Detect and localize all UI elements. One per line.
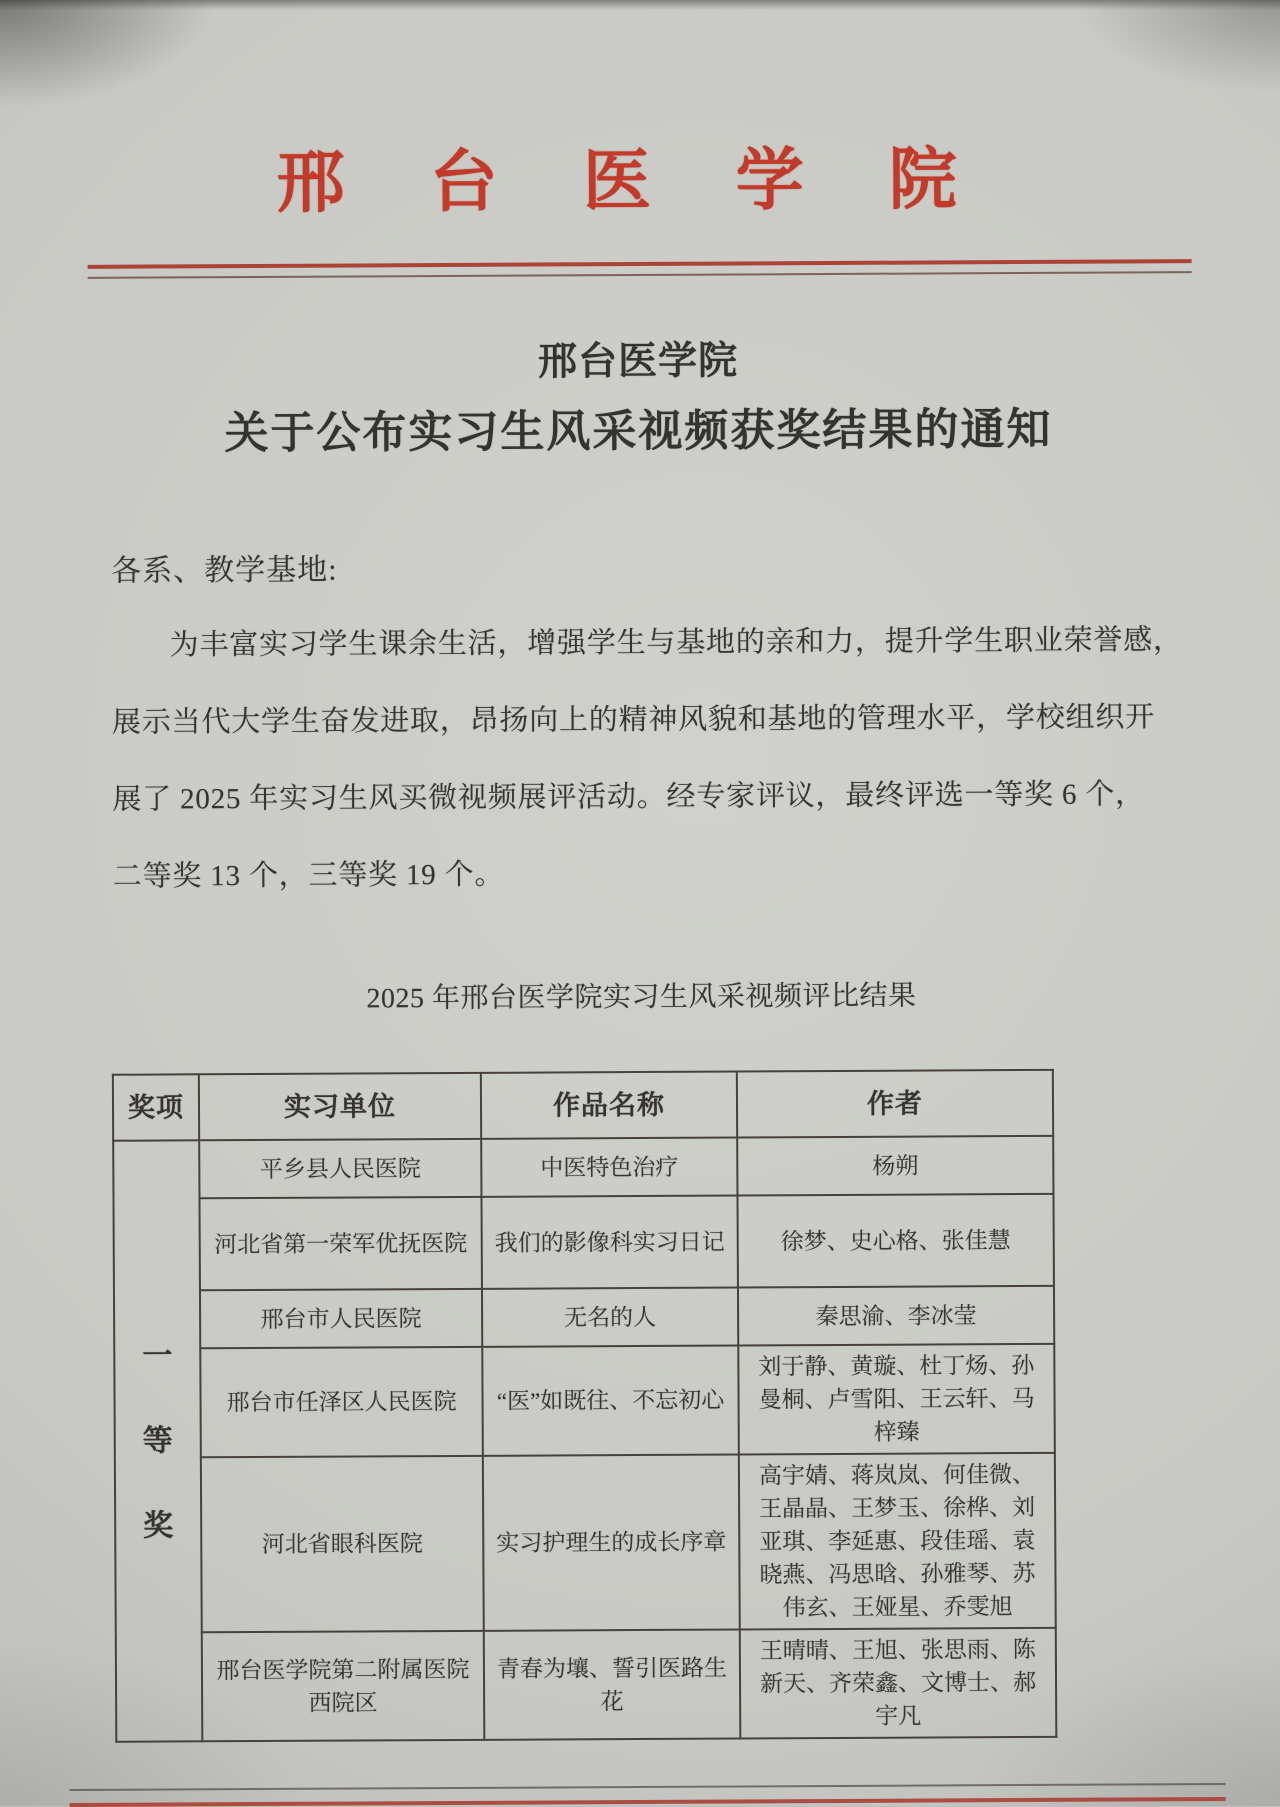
cell-work: 中医特色治疗 bbox=[481, 1137, 737, 1196]
cell-unit: 邢台市人民医院 bbox=[200, 1289, 482, 1348]
footer-divider-red-line bbox=[70, 1797, 1226, 1806]
paragraph-line: 二等奖 13 个，三等奖 19 个。 bbox=[113, 834, 1118, 916]
column-header-authors: 作者 bbox=[737, 1070, 1053, 1138]
paragraph-line: 为丰富实习学生课余生活，增强学生与基地的亲和力，提升学生职业荣誉感， bbox=[111, 603, 1116, 685]
awards-results-table: 奖项 实习单位 作品名称 作者 一 等 奖 平乡县人民医院 中医特色治疗 杨朔 bbox=[112, 1069, 1057, 1743]
cell-work: 青春为壤、誓引医路生花 bbox=[484, 1629, 741, 1739]
results-table-caption: 2025 年邢台医学院实习生风采视频评比结果 bbox=[1, 972, 1280, 1019]
document-content: 邢台医学院 邢台医学院 关于公布实习生风采视频获奖结果的通知 各系、教学基地: … bbox=[0, 0, 1280, 1806]
letterhead-divider-thin-line bbox=[88, 271, 1192, 279]
notice-title-line1: 邢台医学院 bbox=[0, 327, 1278, 390]
cell-authors: 秦思渝、李冰莹 bbox=[738, 1286, 1054, 1346]
table-row: 邢台市人民医院 无名的人 秦思渝、李冰莹 bbox=[114, 1286, 1054, 1349]
cell-unit: 邢台医学院第二附属医院西院区 bbox=[202, 1631, 485, 1741]
notice-title-line2: 关于公布实习生风采视频获奖结果的通知 bbox=[0, 392, 1279, 463]
footer-divider-thin-line bbox=[70, 1783, 1226, 1791]
paragraph-line: 展示当代大学生奋发进取，昂扬向上的精神风貌和基地的管理水平，学校组织开 bbox=[112, 680, 1117, 762]
table-row: 河北省第一荣军优抚医院 我们的影像科实习日记 徐梦、史心格、张佳慧 bbox=[113, 1194, 1053, 1291]
cell-work: 实习护理生的成长序章 bbox=[483, 1454, 740, 1630]
cell-unit: 河北省眼科医院 bbox=[201, 1456, 484, 1632]
salutation: 各系、教学基地: bbox=[111, 540, 1279, 590]
award-char: 奖 bbox=[143, 1509, 173, 1542]
award-group-vertical-label: 一 等 奖 bbox=[115, 1339, 200, 1542]
scanned-document-sheet: 邢台医学院 邢台医学院 关于公布实习生风采视频获奖结果的通知 各系、教学基地: … bbox=[0, 0, 1280, 1806]
cell-authors: 杨朔 bbox=[737, 1136, 1053, 1196]
cell-unit: 河北省第一荣军优抚医院 bbox=[199, 1197, 481, 1290]
cell-work: “医”如既往、不忘初心 bbox=[482, 1345, 739, 1455]
cell-authors: 徐梦、史心格、张佳慧 bbox=[737, 1194, 1053, 1288]
column-header-work: 作品名称 bbox=[481, 1071, 737, 1138]
cell-authors: 王晴晴、王旭、张思雨、陈新天、齐荣鑫、文博士、郝宇凡 bbox=[740, 1628, 1057, 1739]
award-char: 等 bbox=[143, 1424, 173, 1457]
cell-authors: 高宇婧、蒋岚岚、何佳微、王晶晶、王梦玉、徐桦、刘亚琪、李延惠、段佳瑶、袁晓燕、冯… bbox=[739, 1453, 1056, 1630]
table-header-row: 奖项 实习单位 作品名称 作者 bbox=[113, 1070, 1053, 1141]
table-row: 一 等 奖 平乡县人民医院 中医特色治疗 杨朔 bbox=[113, 1136, 1053, 1199]
table-row: 河北省眼科医院 实习护理生的成长序章 高宇婧、蒋岚岚、何佳微、王晶晶、王梦玉、徐… bbox=[115, 1453, 1056, 1633]
cell-authors: 刘于静、黄璇、杜丁炀、孙曼桐、卢雪阳、王云轩、马梓臻 bbox=[738, 1344, 1055, 1455]
table-row: 邢台市任泽区人民医院 “医”如既往、不忘初心 刘于静、黄璇、杜丁炀、孙曼桐、卢雪… bbox=[114, 1344, 1055, 1458]
cell-work: 无名的人 bbox=[482, 1287, 738, 1346]
column-header-award: 奖项 bbox=[113, 1074, 199, 1140]
cell-unit: 邢台市任泽区人民医院 bbox=[200, 1347, 483, 1457]
table-row: 邢台医学院第二附属医院西院区 青春为壤、誓引医路生花 王晴晴、王旭、张思雨、陈新… bbox=[116, 1628, 1057, 1742]
cell-work: 我们的影像科实习日记 bbox=[481, 1195, 737, 1288]
paragraph-line: 展了 2025 年实习生风买微视频展评活动。经专家评议，最终评选一等奖 6 个， bbox=[112, 757, 1117, 839]
column-header-unit: 实习单位 bbox=[199, 1073, 481, 1140]
cell-unit: 平乡县人民医院 bbox=[199, 1139, 481, 1198]
letterhead-divider bbox=[88, 259, 1192, 279]
letterhead-divider-red-line bbox=[88, 259, 1192, 269]
notice-body-paragraph: 为丰富实习学生课余生活，增强学生与基地的亲和力，提升学生职业荣誉感， 展示当代大… bbox=[111, 603, 1118, 916]
footer-divider bbox=[70, 1783, 1226, 1806]
award-char: 一 bbox=[142, 1339, 172, 1372]
letterhead-org-name: 邢台医学院 bbox=[0, 0, 1277, 225]
award-group-cell: 一 等 奖 bbox=[113, 1140, 202, 1741]
